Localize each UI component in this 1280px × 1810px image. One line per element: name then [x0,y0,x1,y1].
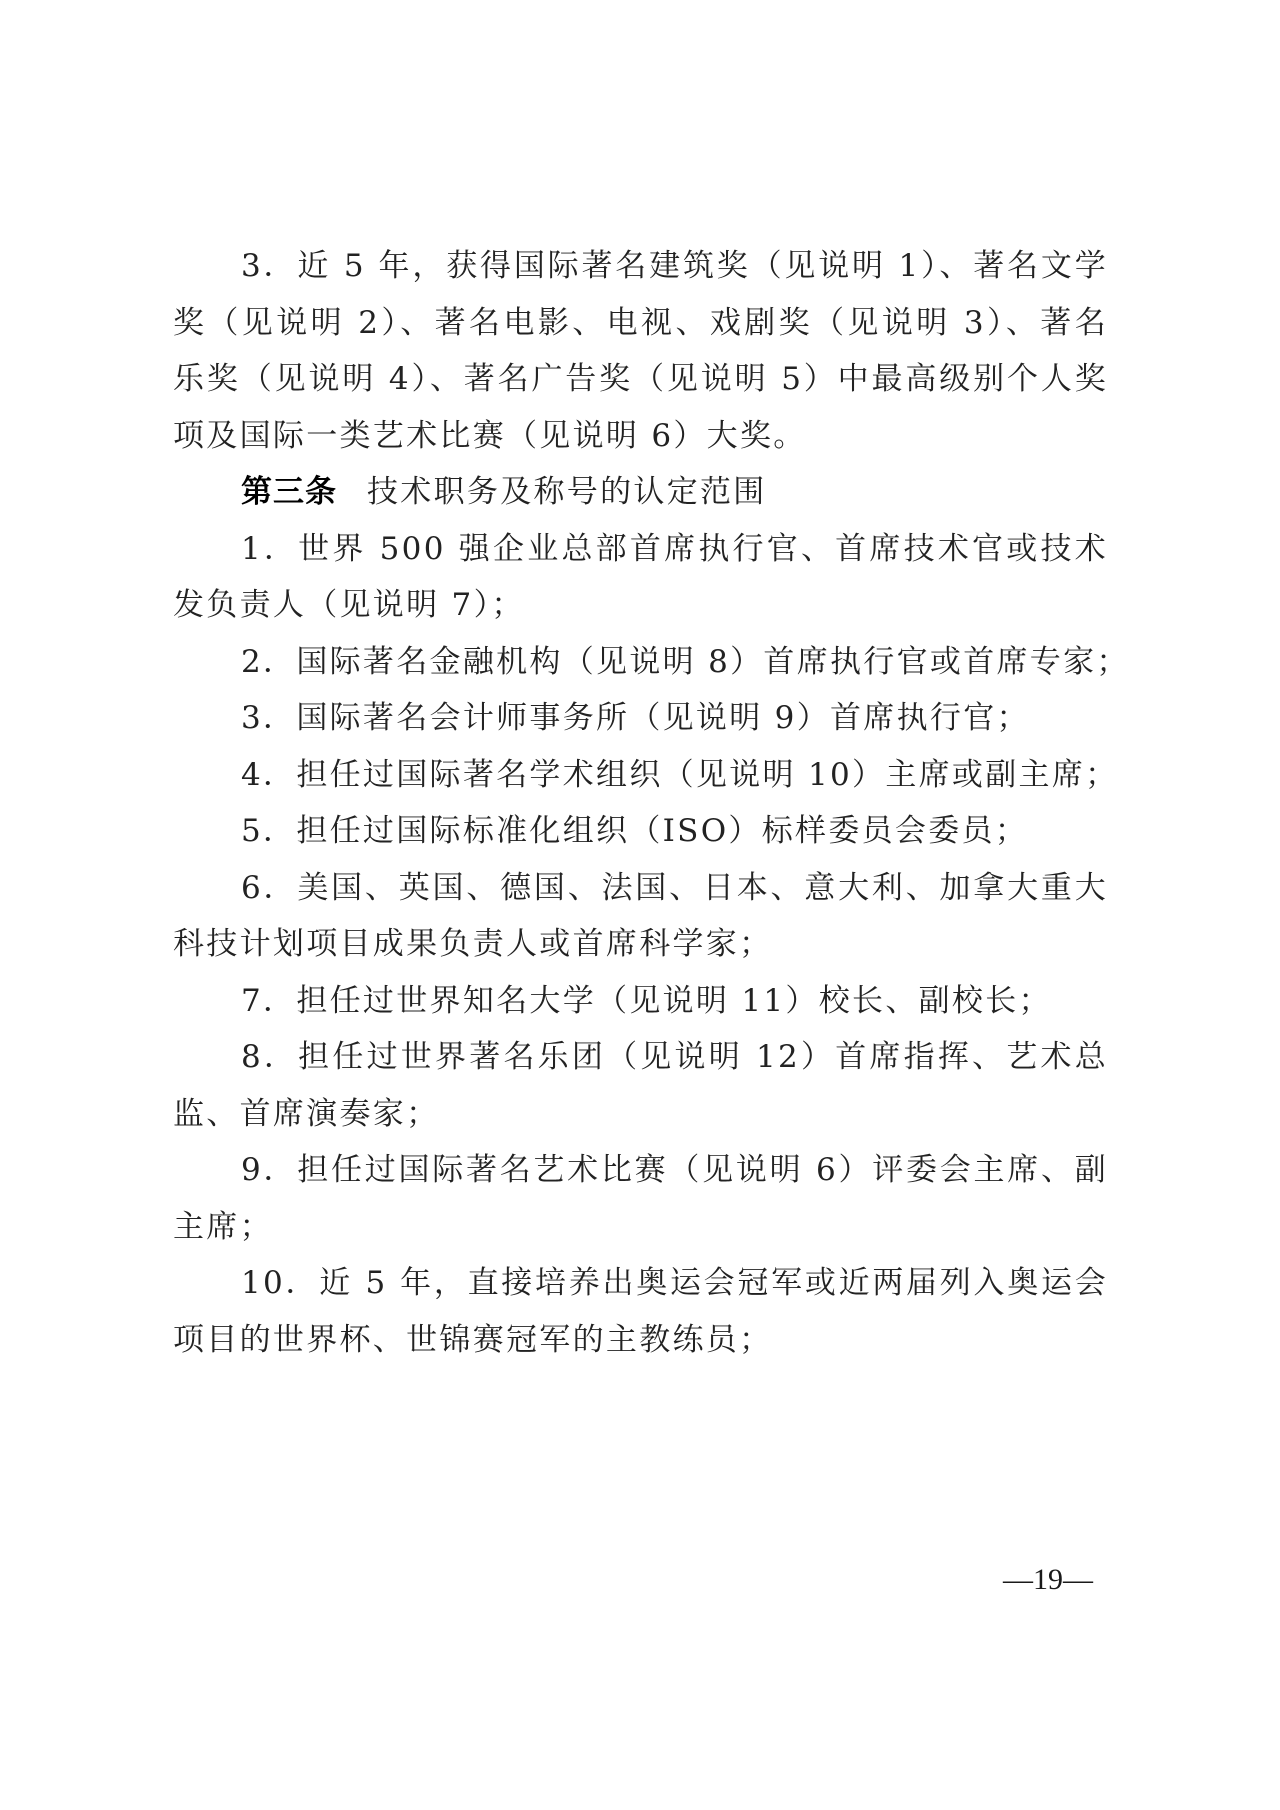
list-item-9: 9．担任过国际著名艺术比赛（见说明 6）评委会主席、副 主席； [173,1142,1108,1255]
article-title: 技术职务及称号的认定范围 [367,474,767,510]
document-body: 3．近 5 年，获得国际著名建筑奖（见说明 1）、著名文学 奖（见说明 2）、著… [173,238,1108,1368]
list-item-2: 2．国际著名金融机构（见说明 8）首席执行官或首席专家； [173,634,1108,691]
document-page: 3．近 5 年，获得国际著名建筑奖（见说明 1）、著名文学 奖（见说明 2）、著… [0,0,1280,1810]
text-line: 10．近 5 年，直接培养出奥运会冠军或近两届列入奥运会 [173,1255,1108,1312]
text-line: 5．担任过国际标准化组织（ISO）标样委员会委员； [173,803,1108,860]
list-item-5: 5．担任过国际标准化组织（ISO）标样委员会委员； [173,803,1108,860]
text-line: 3．国际著名会计师事务所（见说明 9）首席执行官； [173,690,1108,747]
list-item-7: 7．担任过世界知名大学（见说明 11）校长、副校长； [173,973,1108,1030]
list-item-3: 3．国际著名会计师事务所（见说明 9）首席执行官； [173,690,1108,747]
text-line: 项目的世界杯、世锦赛冠军的主教练员； [173,1312,1108,1369]
text-line: 乐奖（见说明 4）、著名广告奖（见说明 5）中最高级别个人奖 [173,351,1108,408]
text-line: 3．近 5 年，获得国际著名建筑奖（见说明 1）、著名文学 [173,238,1108,295]
text-line: 科技计划项目成果负责人或首席科学家； [173,916,1108,973]
article-heading-row: 第三条技术职务及称号的认定范围 [173,464,1108,521]
text-line: 奖（见说明 2）、著名电影、电视、戏剧奖（见说明 3）、著名音 [173,295,1108,352]
list-item-4: 4．担任过国际著名学术组织（见说明 10）主席或副主席； [173,747,1108,804]
list-item-10: 10．近 5 年，直接培养出奥运会冠军或近两届列入奥运会 项目的世界杯、世锦赛冠… [173,1255,1108,1368]
text-line: 发负责人（见说明 7）； [173,577,1108,634]
list-item-1: 1．世界 500 强企业总部首席执行官、首席技术官或技术研 发负责人（见说明 7… [173,521,1108,634]
text-line: 主席； [173,1199,1108,1256]
text-line: 项及国际一类艺术比赛（见说明 6）大奖。 [173,408,1108,465]
text-line: 监、首席演奏家； [173,1086,1108,1143]
list-item-8: 8．担任过世界著名乐团（见说明 12）首席指挥、艺术总 监、首席演奏家； [173,1029,1108,1142]
list-item-6: 6．美国、英国、德国、法国、日本、意大利、加拿大重大 科技计划项目成果负责人或首… [173,860,1108,973]
text-line: 7．担任过世界知名大学（见说明 11）校长、副校长； [173,973,1108,1030]
page-number: —19— [1003,1563,1093,1597]
text-line: 9．担任过国际著名艺术比赛（见说明 6）评委会主席、副 [173,1142,1108,1199]
text-line: 8．担任过世界著名乐团（见说明 12）首席指挥、艺术总 [173,1029,1108,1086]
article-number: 第三条 [241,474,337,510]
text-line: 2．国际著名金融机构（见说明 8）首席执行官或首席专家； [173,634,1108,691]
text-line: 4．担任过国际著名学术组织（见说明 10）主席或副主席； [173,747,1108,804]
paragraph-item-3-awards: 3．近 5 年，获得国际著名建筑奖（见说明 1）、著名文学 奖（见说明 2）、著… [173,238,1108,464]
text-line: 1．世界 500 强企业总部首席执行官、首席技术官或技术研 [173,521,1108,578]
text-line: 6．美国、英国、德国、法国、日本、意大利、加拿大重大 [173,860,1108,917]
